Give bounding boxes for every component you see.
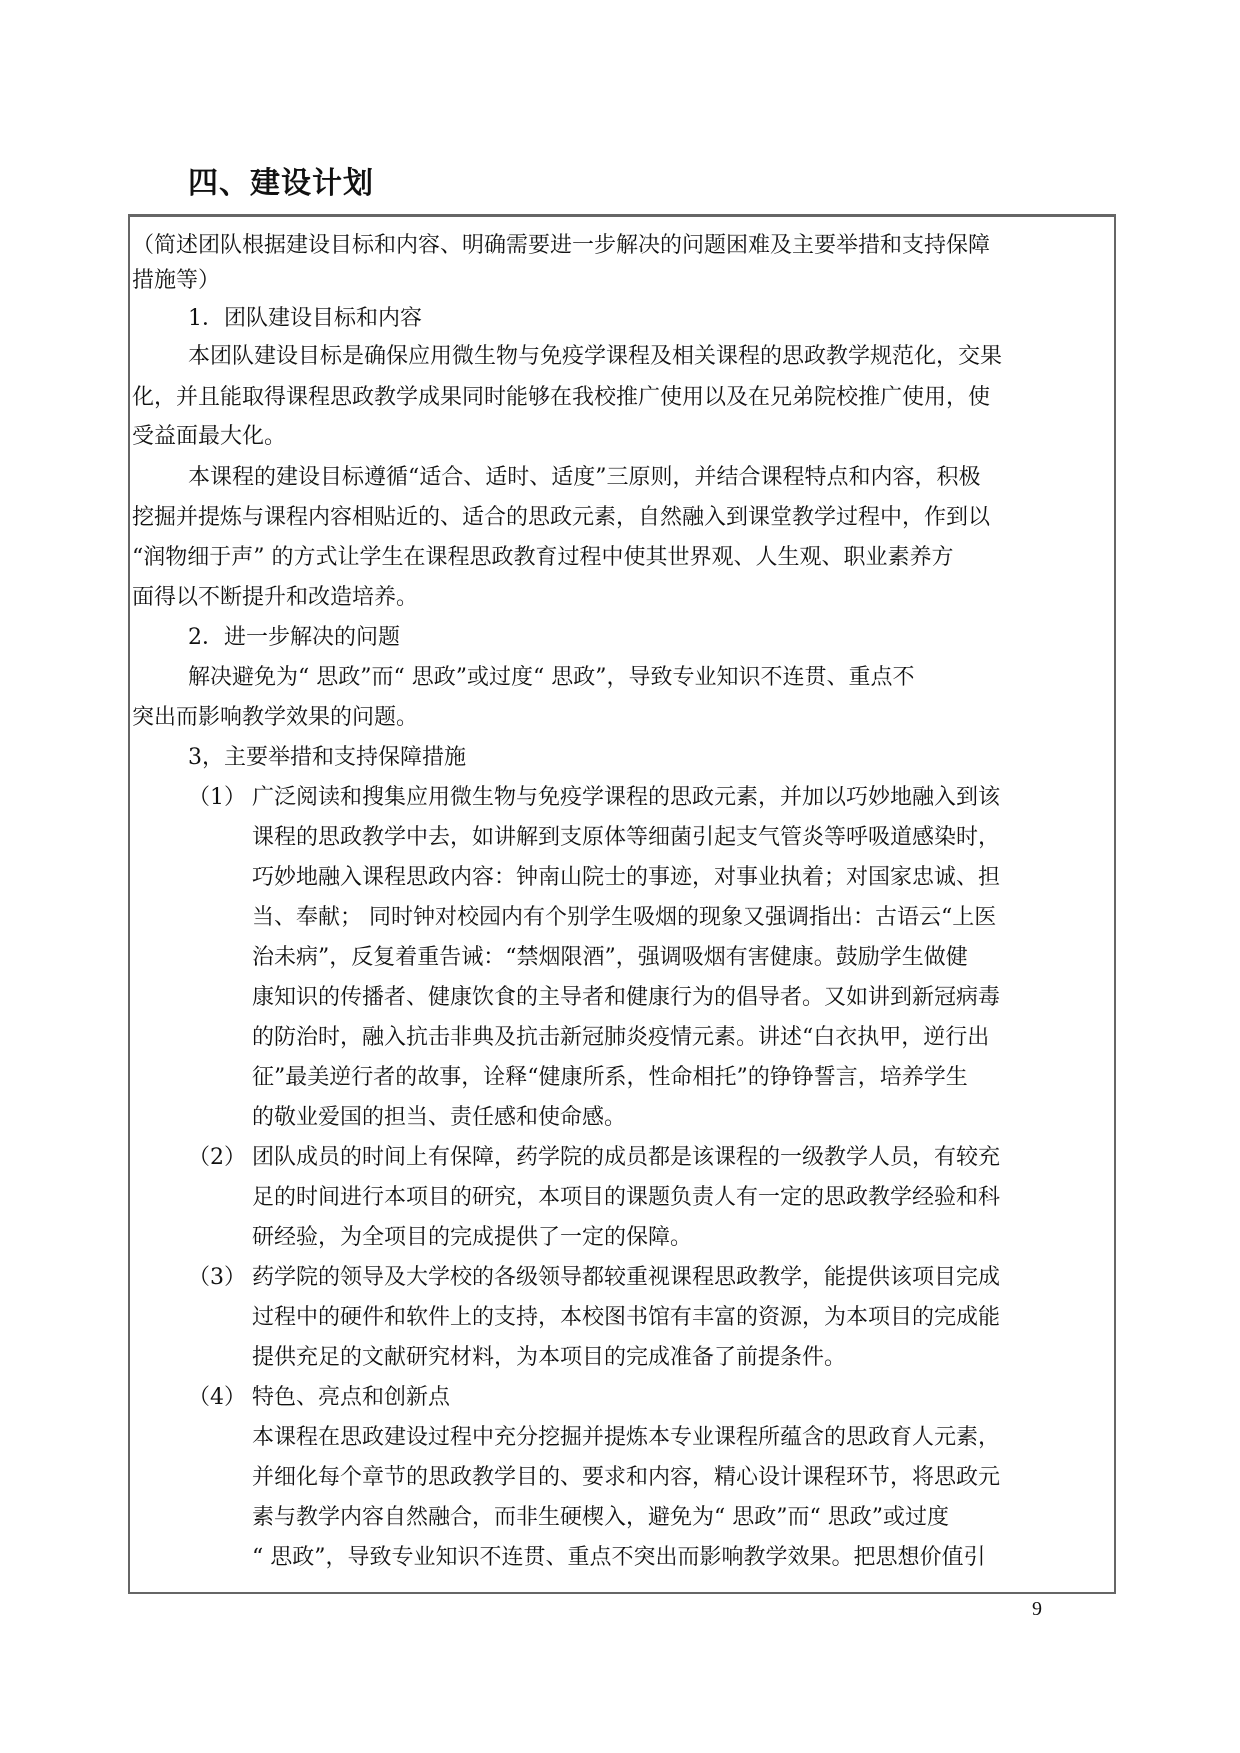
paragraph-line: “润物细于声” 的方式让学生在课程思政教育过程中使其世界观、人生观、职业素养方 bbox=[132, 542, 954, 574]
measure-line: 素与教学内容自然融合，而非生硬楔入，避免为“ 思政”而“ 思政”或过度 bbox=[252, 1502, 949, 1534]
measure-line: 并细化每个章节的思政教学目的、要求和内容，精心设计课程环节，将思政元 bbox=[252, 1462, 1000, 1494]
measure-line: 的敬业爱国的担当、责任感和使命感。 bbox=[252, 1102, 626, 1134]
measure-number: （1） bbox=[188, 782, 246, 814]
section-title: 四、建设计划 bbox=[188, 158, 374, 202]
subheading-1: 1．团队建设目标和内容 bbox=[188, 303, 422, 335]
measure-line: 团队成员的时间上有保障，药学院的成员都是该课程的一级教学人员，有较充 bbox=[252, 1142, 1000, 1174]
paragraph-line: 挖掘并提炼与课程内容相贴近的、适合的思政元素，自然融入到课堂教学过程中，作到以 bbox=[132, 502, 990, 534]
paragraph-line: 本团队建设目标是确保应用微生物与免疫学课程及相关课程的思政教学规范化，交果 bbox=[188, 341, 1002, 373]
page-number: 9 bbox=[1032, 1598, 1042, 1621]
measure-line: 足的时间进行本项目的研究，本项目的课题负责人有一定的思政教学经验和科 bbox=[252, 1182, 1000, 1214]
subheading-3: 3，主要举措和支持保障措施 bbox=[188, 742, 466, 774]
measure-line: 的防治时，融入抗击非典及抗击新冠肺炎疫情元素。讲述“白衣执甲，逆行出 bbox=[252, 1022, 989, 1054]
measure-number: （3） bbox=[188, 1262, 246, 1294]
measure-line: 药学院的领导及大学校的各级领导都较重视课程思政教学，能提供该项目完成 bbox=[252, 1262, 1000, 1294]
measure-line: 康知识的传播者、健康饮食的主导者和健康行为的倡导者。又如讲到新冠病毒 bbox=[252, 982, 1000, 1014]
measure-heading: 特色、亮点和创新点 bbox=[252, 1382, 450, 1414]
measure-line: “ 思政”，导致专业知识不连贯、重点不突出而影响教学效果。把思想价值引 bbox=[252, 1542, 986, 1574]
paragraph-line: 突出而影响教学效果的问题。 bbox=[132, 702, 418, 734]
subheading-2: 2．进一步解决的问题 bbox=[188, 622, 400, 654]
paragraph-line: 措施等） bbox=[132, 265, 220, 297]
paragraph-line: 面得以不断提升和改造培养。 bbox=[132, 582, 418, 614]
measure-line: 当、奉献； 同时钟对校园内有个别学生吸烟的现象又强调指出：古语云“上医 bbox=[252, 902, 996, 934]
measure-number: （2） bbox=[188, 1142, 246, 1174]
paragraph-line: 化，并且能取得课程思政教学成果同时能够在我校推广使用以及在兄弟院校推广使用，使 bbox=[132, 382, 990, 414]
measure-line: 提供充足的文献研究材料，为本项目的完成准备了前提条件。 bbox=[252, 1342, 846, 1374]
measure-line: 广泛阅读和搜集应用微生物与免疫学课程的思政元素，并加以巧妙地融入到该 bbox=[252, 782, 1000, 814]
measure-line: 巧妙地融入课程思政内容：钟南山院士的事迹，对事业执着；对国家忠诚、担 bbox=[252, 862, 1000, 894]
paragraph-line: 受益面最大化。 bbox=[132, 421, 286, 453]
measure-line: 课程的思政教学中去，如讲解到支原体等细菌引起支气管炎等呼吸道感染时， bbox=[252, 822, 1000, 854]
measure-line: 研经验，为全项目的完成提供了一定的保障。 bbox=[252, 1222, 692, 1254]
measure-line: 过程中的硬件和软件上的支持，本校图书馆有丰富的资源，为本项目的完成能 bbox=[252, 1302, 1000, 1334]
paragraph-line: （简述团队根据建设目标和内容、明确需要进一步解决的问题困难及主要举措和支持保障 bbox=[132, 230, 990, 262]
measure-number: （4） bbox=[188, 1382, 246, 1414]
measure-line: 治未病”，反复着重告诫：“禁烟限酒”，强调吸烟有害健康。鼓励学生做健 bbox=[252, 942, 968, 974]
measure-line: 征”最美逆行者的故事，诠释“健康所系，性命相托”的铮铮誓言，培养学生 bbox=[252, 1062, 968, 1094]
paragraph-line: 解决避免为“ 思政”而“ 思政”或过度“ 思政”，导致专业知识不连贯、重点不 bbox=[188, 662, 914, 694]
measure-line: 本课程在思政建设过程中充分挖掘并提炼本专业课程所蕴含的思政育人元素， bbox=[252, 1422, 1000, 1454]
paragraph-line: 本课程的建设目标遵循“适合、适时、适度”三原则，并结合课程特点和内容，积极 bbox=[188, 462, 981, 494]
